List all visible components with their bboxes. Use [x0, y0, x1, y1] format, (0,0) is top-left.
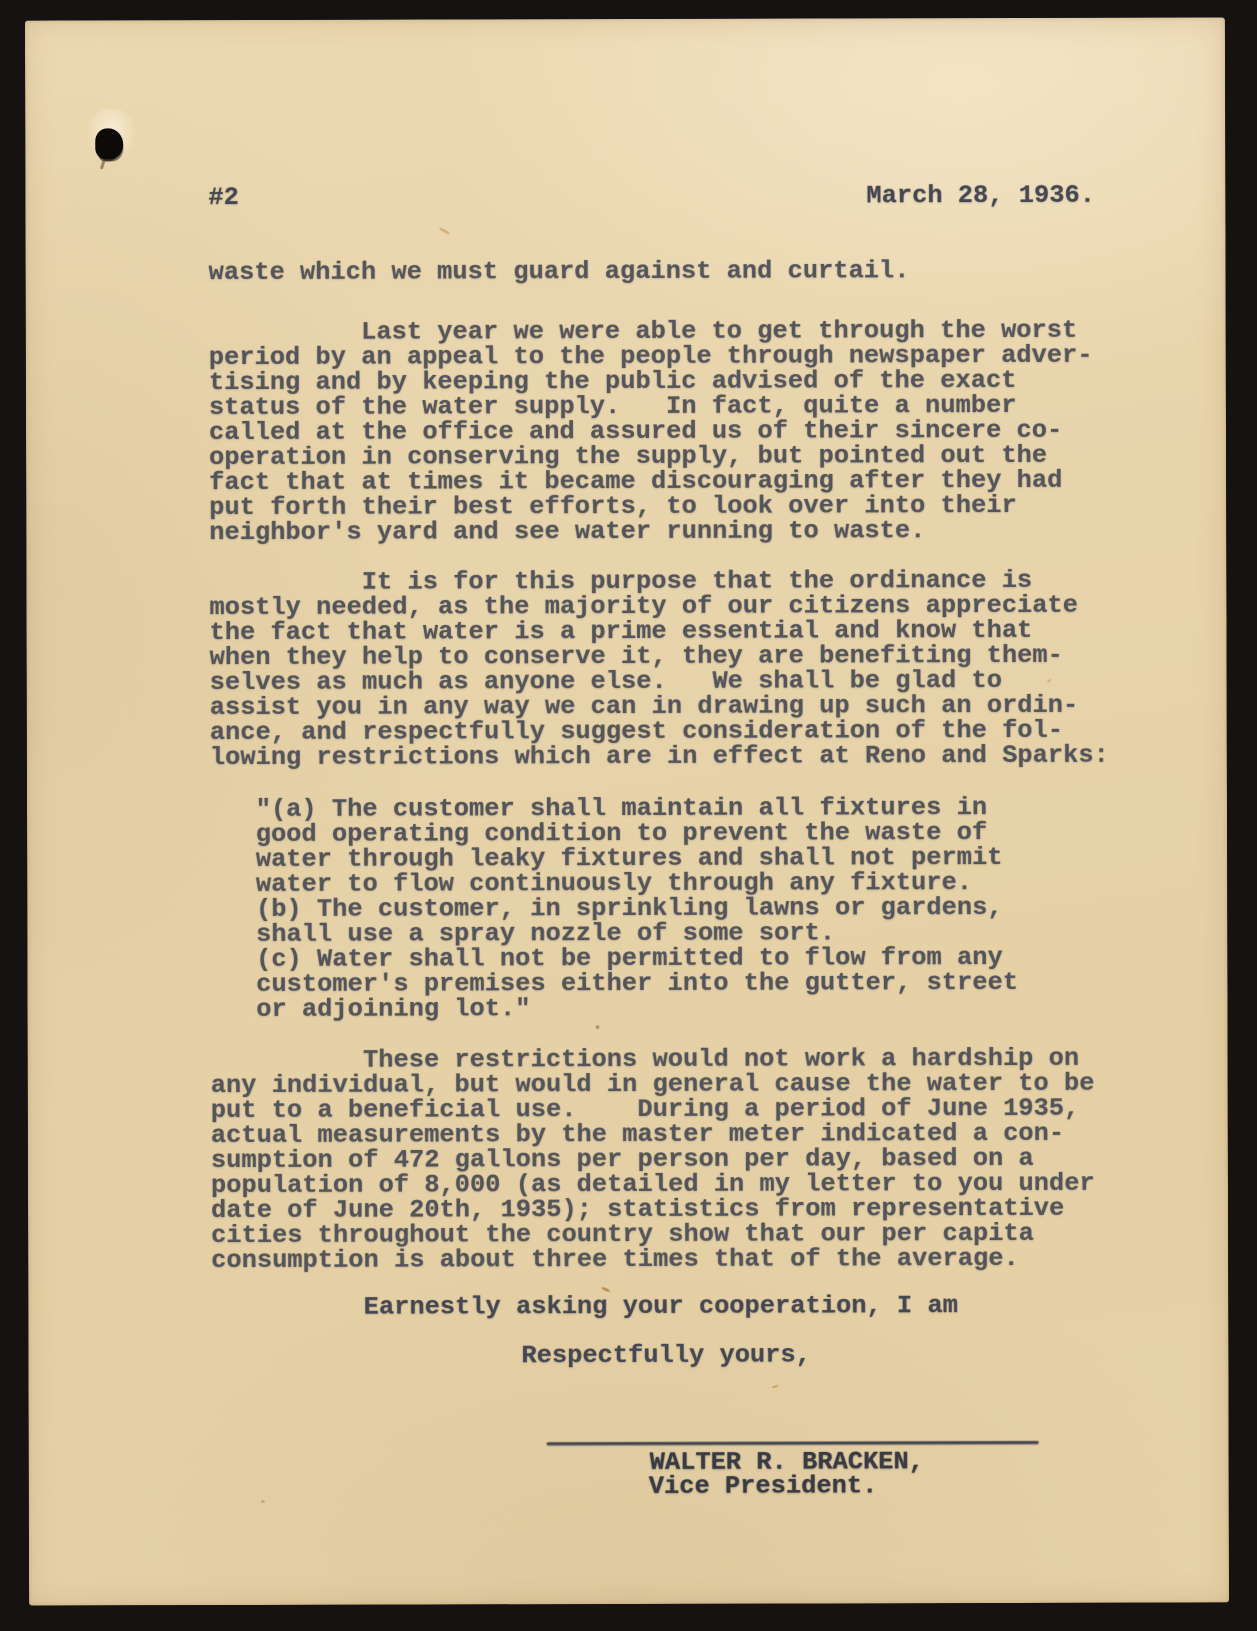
paper-speck [596, 1025, 600, 1029]
punch-hole [95, 128, 123, 159]
paragraph-statistics: These restrictions would not work a hard… [211, 1046, 1095, 1273]
typed-line: or adjoining lot." [210, 995, 1018, 1022]
typed-line: customer's premises either into the gutt… [210, 970, 1018, 997]
letter-date: March 28, 1936. [866, 183, 1095, 209]
closing-request: Earnestly asking your cooperation, I am [211, 1293, 958, 1320]
signature-title: Vice President. [649, 1473, 878, 1499]
paper-speck [439, 227, 451, 236]
paper-speck [261, 1500, 265, 1503]
typed-line: (b) The customer, in sprinkling lawns or… [210, 895, 1018, 922]
typed-line: neighbor's yard and see water running to… [209, 518, 1093, 545]
paper-speck [771, 1385, 778, 1389]
paragraph-last-year: Last year we were able to get through th… [209, 318, 1093, 545]
scan-mat: { "document": { "page_number": "#2", "da… [0, 0, 1257, 1631]
quoted-restrictions: "(a) The customer shall maintain all fix… [210, 795, 1018, 1022]
valediction: Respectfully yours, [521, 1343, 811, 1369]
letter-page: #2 March 28, 1936. waste which we must g… [25, 17, 1229, 1605]
typed-line: lowing restrictions which are in effect … [210, 743, 1109, 770]
page-number: #2 [208, 185, 239, 210]
continuation-line: waste which we must guard against and cu… [209, 258, 910, 285]
signature-rule [547, 1441, 1039, 1445]
paragraph-ordinance: It is for this purpose that the ordinanc… [209, 568, 1109, 770]
typed-line: consumption is about three times that of… [211, 1246, 1095, 1273]
